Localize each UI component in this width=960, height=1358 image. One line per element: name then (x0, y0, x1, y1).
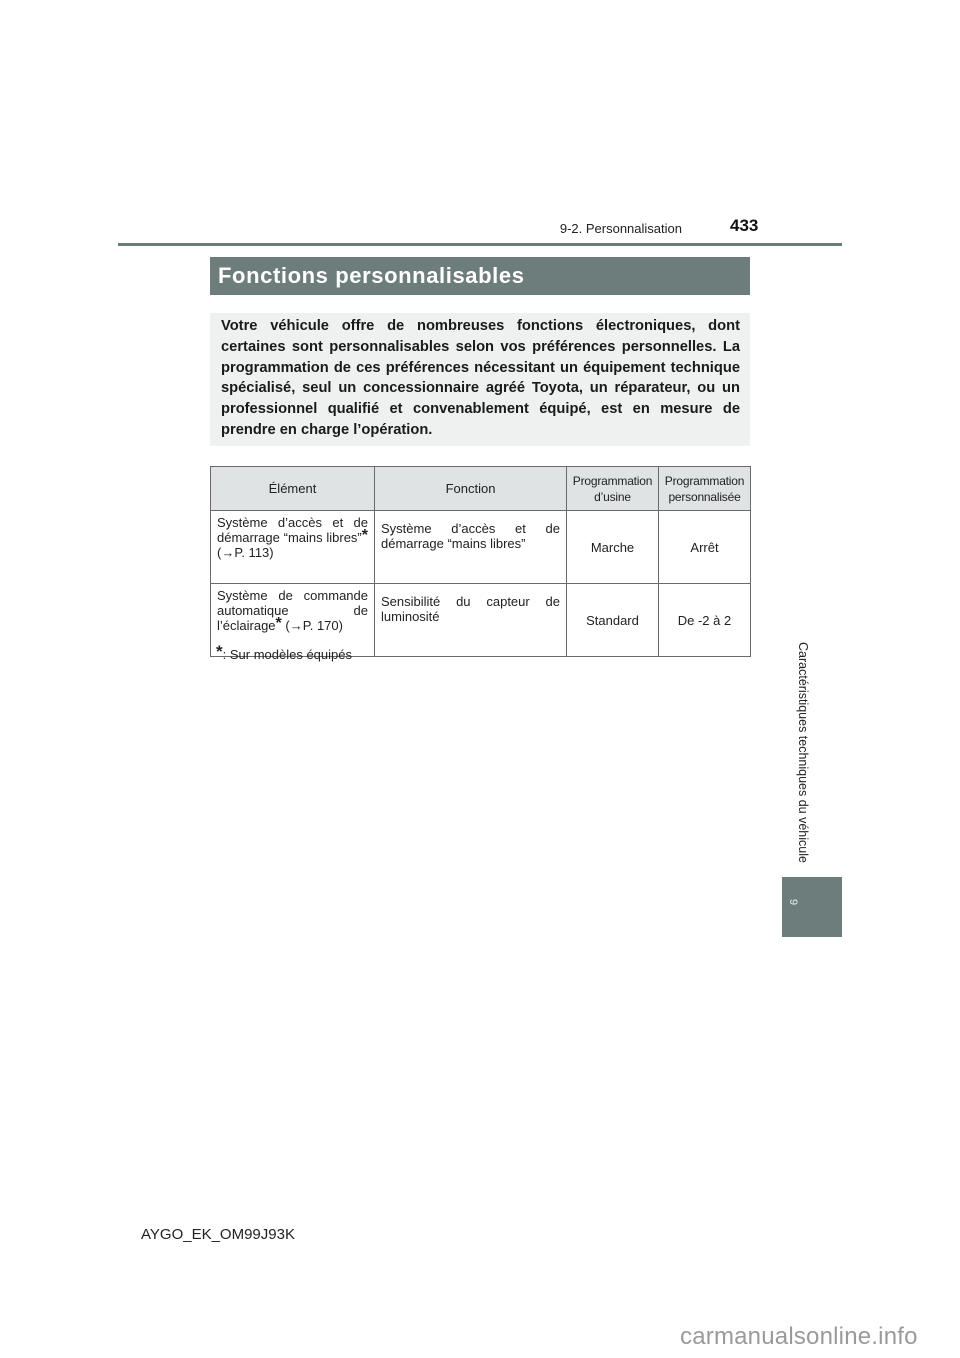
intro-paragraph: Votre véhicule offre de nombreuses fonct… (210, 313, 750, 446)
customizable-features-table: Élément Fonction Programmation d’usine P… (210, 466, 751, 657)
header-fonction: Fonction (375, 467, 567, 511)
page-title: Fonctions personnalisables (218, 263, 525, 289)
page-reference-link[interactable]: (→P. 113) (217, 545, 274, 560)
chapter-number: 9 (787, 899, 799, 905)
table-header-row: Élément Fonction Programmation d’usine P… (211, 467, 751, 511)
cell-custom: Arrêt (659, 511, 751, 584)
header-factory-setting: Programmation d’usine (567, 467, 659, 511)
watermark: carmanualsonline.info (680, 1323, 918, 1351)
asterisk-icon: * (276, 615, 282, 632)
page-reference-link[interactable]: (→P. 170) (282, 618, 343, 633)
cell-factory: Marche (567, 511, 659, 584)
header-element: Élément (211, 467, 375, 511)
page-number: 433 (730, 216, 758, 236)
section-label: 9-2. Personnalisation (530, 221, 682, 236)
table-row: Système d’accès et de démarrage “mains l… (211, 511, 751, 584)
cell-fonction: Système d’accès et de démarrage “mains l… (375, 511, 567, 584)
cell-element: Système d’accès et de démarrage “mains l… (211, 511, 375, 584)
page-title-bar: Fonctions personnalisables (210, 257, 750, 295)
cell-custom: De -2 à 2 (659, 584, 751, 657)
header-divider (118, 243, 842, 246)
cell-fonction: Sensibilité du capteur de luminosité (375, 584, 567, 657)
chapter-tab[interactable]: 9 (782, 877, 842, 937)
chapter-side-title: Caractéristiques techniques du véhicule (790, 642, 810, 868)
asterisk-icon: * (362, 527, 368, 544)
asterisk-icon: * (216, 642, 223, 661)
header-custom-setting: Programmation personnalisée (659, 467, 751, 511)
footnote: *: Sur modèles équipés (216, 644, 352, 664)
document-code: AYGO_EK_OM99J93K (141, 1226, 295, 1243)
cell-factory: Standard (567, 584, 659, 657)
